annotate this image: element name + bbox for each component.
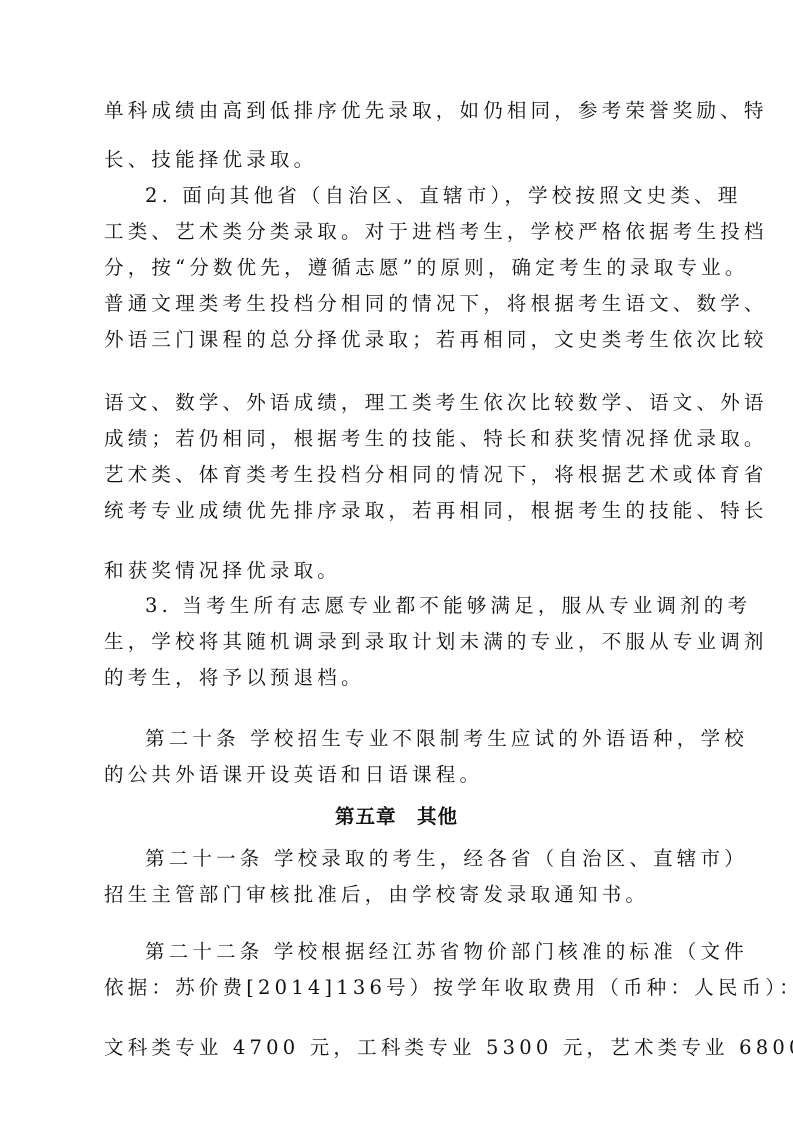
paragraph-line: 和获奖情况择优录取。 [104,558,692,584]
paragraph-line: 成绩；若仍相同，根据考生的技能、特长和获奖情况择优录取。 [104,426,692,452]
paragraph-line: 长、技能择优录取。 [104,147,692,173]
paragraph-line: 单科成绩由高到低排序优先录取，如仍相同，参考荣誉奖励、特 [104,98,692,124]
paragraph-line: 的公共外语课开设英语和日语课程。 [104,762,692,788]
document-page: 单科成绩由高到低排序优先录取，如仍相同，参考荣誉奖励、特 长、技能择优录取。 2… [0,0,793,1122]
chapter-heading: 第五章 其他 [0,804,793,830]
paragraph-line: 语文、数学、外语成绩，理工类考生依次比较数学、语文、外语 [104,390,692,416]
paragraph-line: 招生主管部门审核批准后，由学校寄发录取通知书。 [104,882,692,908]
article-20-line: 第二十条 学校招生专业不限制考生应试的外语语种，学校 [145,726,693,752]
paragraph-line: 统考专业成绩优先排序录取，若再相同，根据考生的技能、特长 [104,498,692,524]
paragraph-line: 分，按“分数优先，遵循志愿”的原则，确定考生的录取专业。 [104,255,692,281]
paragraph-line: 依据：苏价费[2014]136号）按学年收取费用（币种：人民币）： [104,975,692,1001]
paragraph-line: 外语三门课程的总分择优录取；若再相同，文史类考生依次比较 [104,327,692,353]
paragraph-line: 的考生，将予以预退档。 [104,665,692,691]
paragraph-line: 2. 面向其他省（自治区、直辖市），学校按照文史类、理 [145,183,693,209]
article-21-line: 第二十一条 学校录取的考生，经各省（自治区、直辖市） [145,846,693,872]
paragraph-line: 文科类专业 4700 元，工科类专业 5300 元，艺术类专业 6800 元， [104,1035,692,1061]
paragraph-line: 生，学校将其随机调录到录取计划未满的专业，不服从专业调剂 [104,629,692,655]
article-22-line: 第二十二条 学校根据经江苏省物价部门核准的标准（文件 [145,939,693,965]
paragraph-line: 普通文理类考生投档分相同的情况下，将根据考生语文、数学、 [104,291,692,317]
paragraph-line: 工类、艺术类分类录取。对于进档考生，学校严格依据考生投档 [104,219,692,245]
paragraph-line: 3. 当考生所有志愿专业都不能够满足，服从专业调剂的考 [145,593,693,619]
paragraph-line: 艺术类、体育类考生投档分相同的情况下，将根据艺术或体育省 [104,462,692,488]
